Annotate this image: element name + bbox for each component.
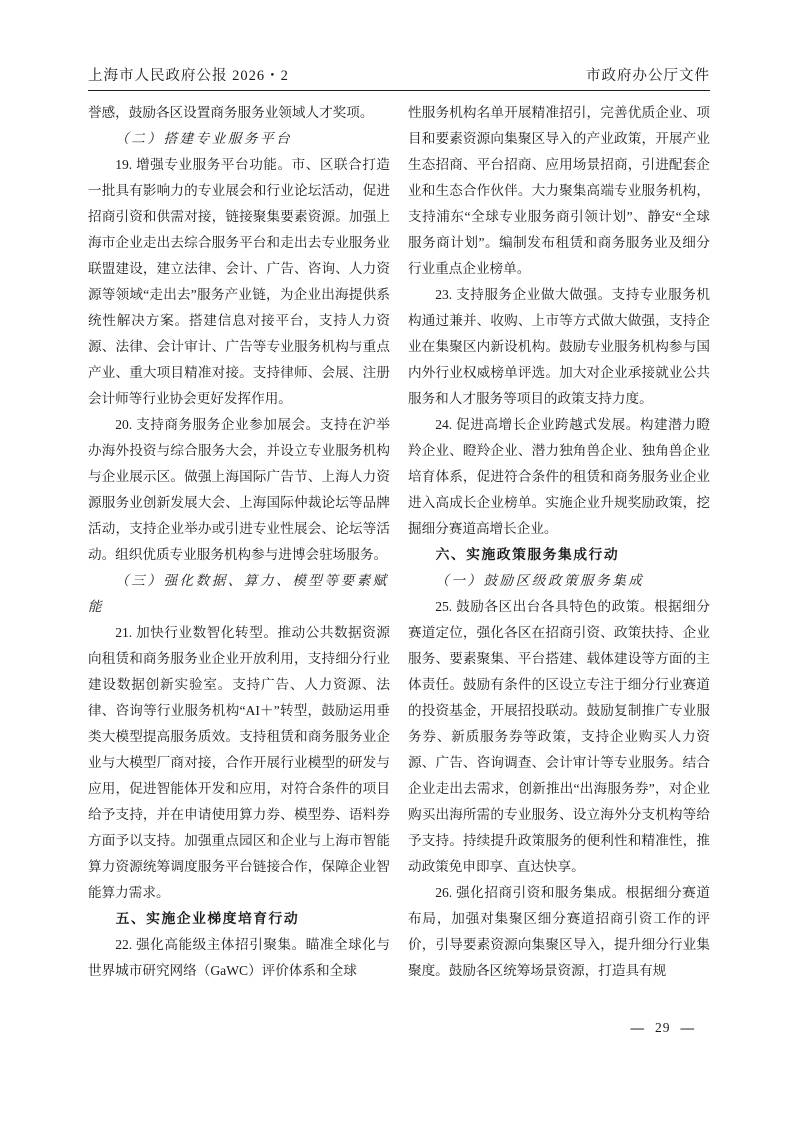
paragraph: 24. 促进高增长企业跨越式发展。构建潜力瞪羚企业、瞪羚企业、潜力独角兽企业、独… (408, 412, 710, 542)
paragraph-continuation: 性服务机构名单开展精准招引，完善优质企业、项目和要素资源向集聚区导入的产业政策，… (408, 100, 710, 282)
page-number-dash-right: — (681, 1020, 696, 1036)
sub-heading: （二）搭建专业服务平台 (88, 126, 390, 152)
paragraph: 21. 加快行业数智化转型。推动公共数据资源向租赁和商务服务业企业开放利用，支持… (88, 620, 390, 906)
paragraph: 23. 支持服务企业做大做强。支持专业服务机构通过兼并、收购、上市等方式做大做强… (408, 282, 710, 412)
paragraph-continuation: 誉感，鼓励各区设置商务服务业领域人才奖项。 (88, 100, 390, 126)
header-divider (88, 90, 710, 91)
page-header: 上海市人民政府公报 2026・2 市政府办公厅文件 (88, 64, 710, 85)
section-heading: 六、实施政策服务集成行动 (408, 542, 710, 568)
page-number-dash-left: — (631, 1020, 646, 1036)
section-heading: 五、实施企业梯度培育行动 (88, 906, 390, 932)
paragraph: 25. 鼓励各区出台各具特色的政策。根据细分赛道定位，强化各区在招商引资、政策扶… (408, 594, 710, 880)
paragraph: 19. 增强专业服务平台功能。市、区联合打造一批具有影响力的专业展会和行业论坛活… (88, 152, 390, 412)
page-number-value: 29 (655, 1020, 671, 1036)
gazette-title: 上海市人民政府公报 2026・2 (88, 64, 289, 85)
right-column: 性服务机构名单开展精准招引，完善优质企业、项目和要素资源向集聚区导入的产业政策，… (408, 100, 710, 984)
paragraph: 20. 支持商务服务企业参加展会。支持在沪举办海外投资与综合服务大会，并设立专业… (88, 412, 390, 568)
paragraph: 26. 强化招商引资和服务集成。根据细分赛道布局，加强对集聚区细分赛道招商引资工… (408, 880, 710, 984)
document-category: 市政府办公厅文件 (586, 64, 710, 85)
sub-heading: （三）强化数据、算力、模型等要素赋能 (88, 568, 390, 620)
document-body: 誉感，鼓励各区设置商务服务业领域人才奖项。（二）搭建专业服务平台19. 增强专业… (88, 100, 710, 984)
left-column: 誉感，鼓励各区设置商务服务业领域人才奖项。（二）搭建专业服务平台19. 增强专业… (88, 100, 390, 984)
paragraph: 22. 强化高能级主体招引聚集。瞄准全球化与世界城市研究网络（GaWC）评价体系… (88, 932, 390, 984)
sub-heading: （一）鼓励区级政策服务集成 (408, 568, 710, 594)
page-number: — 29 — (631, 1020, 696, 1036)
gazette-page: 上海市人民政府公报 2026・2 市政府办公厅文件 誉感，鼓励各区设置商务服务业… (0, 0, 793, 1122)
